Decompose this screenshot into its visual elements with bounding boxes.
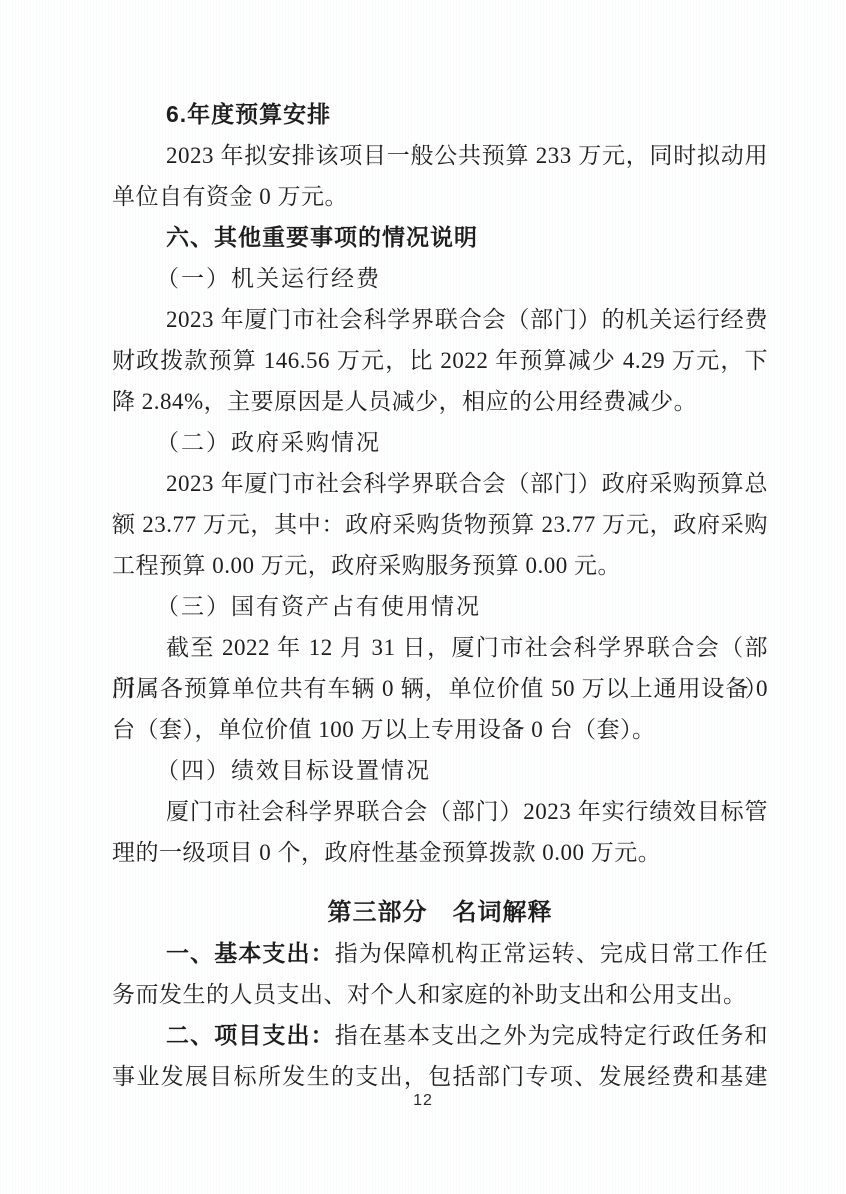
state-owned-assets-line: 截至 2022 年 12 月 31 日，厦门市社会科学界联合会（部门）: [112, 627, 768, 668]
heading-part-three-glossary: 第三部分 名词解释: [112, 892, 768, 933]
glossary-definition-text: 指为保障机构正常运转、完成日常工作任: [335, 941, 768, 966]
annual-budget-line: 单位自有资金 0 万元。: [112, 176, 768, 217]
glossary-project-expenditure-line: 二、项目支出：指在基本支出之外为完成特定行政任务和: [112, 1015, 768, 1056]
subheading-agency-operating-funds: （一）机关运行经费: [112, 258, 768, 299]
glossary-basic-expenditure-line: 务而发生的人员支出、对个人和家庭的补助支出和公用支出。: [112, 974, 768, 1015]
subheading-performance-targets: （四）绩效目标设置情况: [112, 750, 768, 791]
agency-operating-funds-line: 降 2.84%，主要原因是人员减少，相应的公用经费减少。: [112, 381, 768, 422]
glossary-basic-expenditure-line: 一、基本支出：指为保障机构正常运转、完成日常工作任: [112, 933, 768, 974]
government-procurement-line: 2023 年厦门市社会科学界联合会（部门）政府采购预算总: [112, 463, 768, 504]
page-number: 12: [0, 1092, 846, 1110]
performance-targets-line: 理的一级项目 0 个，政府性基金预算拨款 0.00 万元。: [112, 832, 768, 873]
subheading-state-owned-assets: （三）国有资产占有使用情况: [112, 586, 768, 627]
state-owned-assets-line: 所属各预算单位共有车辆 0 辆，单位价值 50 万以上通用设备 0: [112, 668, 768, 709]
agency-operating-funds-line: 财政拨款预算 146.56 万元，比 2022 年预算减少 4.29 万元，下: [112, 340, 768, 381]
heading-other-important-matters: 六、其他重要事项的情况说明: [112, 217, 768, 258]
government-procurement-line: 额 23.77 万元，其中：政府采购货物预算 23.77 万元，政府采购: [112, 504, 768, 545]
document-page: 6.年度预算安排 2023 年拟安排该项目一般公共预算 233 万元，同时拟动用…: [0, 0, 846, 1194]
annual-budget-line: 2023 年拟安排该项目一般公共预算 233 万元，同时拟动用: [112, 135, 768, 176]
agency-operating-funds-line: 2023 年厦门市社会科学界联合会（部门）的机关运行经费: [112, 299, 768, 340]
glossary-term-project-expenditure: 二、项目支出：: [166, 1023, 335, 1048]
performance-targets-line: 厦门市社会科学界联合会（部门）2023 年实行绩效目标管: [112, 791, 768, 832]
glossary-term-basic-expenditure: 一、基本支出：: [166, 941, 335, 966]
document-body: 6.年度预算安排 2023 年拟安排该项目一般公共预算 233 万元，同时拟动用…: [112, 94, 768, 1097]
heading-annual-budget-arrangement: 6.年度预算安排: [112, 94, 768, 135]
government-procurement-line: 工程预算 0.00 万元，政府采购服务预算 0.00 元。: [112, 545, 768, 586]
glossary-project-expenditure-line: 事业发展目标所发生的支出，包括部门专项、发展经费和基建: [112, 1056, 768, 1097]
glossary-definition-text: 指在基本支出之外为完成特定行政任务和: [335, 1023, 768, 1048]
state-owned-assets-line: 台（套），单位价值 100 万以上专用设备 0 台（套）。: [112, 709, 768, 750]
subheading-government-procurement: （二）政府采购情况: [112, 422, 768, 463]
